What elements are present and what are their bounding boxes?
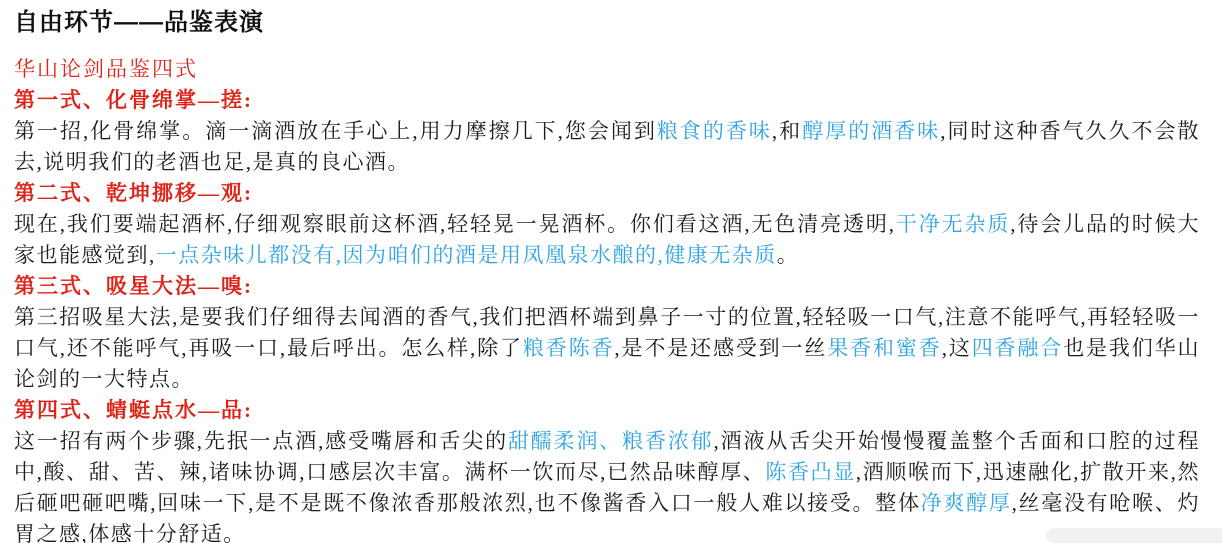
highlighted-phrase: 四香融合 xyxy=(972,336,1064,360)
section-heading: 第一式、化骨绵掌—搓: xyxy=(14,85,1200,116)
section: 第一式、化骨绵掌—搓:第一招,化骨绵掌。滴一滴酒放在手心上,用力摩擦几下,您会闻… xyxy=(14,85,1200,178)
text-segment: 现在,我们要端起酒杯,仔细观察眼前这杯酒,轻轻晃一晃酒杯。你们看这酒,无色清亮透… xyxy=(14,212,896,236)
section: 第四式、蜻蜓点水—品:这一招有两个步骤,先抿一点酒,感受嘴唇和舌尖的甜醹柔润、粮… xyxy=(14,395,1200,543)
highlighted-phrase: 醇厚的酒香味 xyxy=(802,119,940,143)
section: 第三式、吸星大法—嗅:第三招吸星大法,是要我们仔细得去闻酒的香气,我们把酒杯端到… xyxy=(14,271,1200,395)
highlighted-phrase: 果香和蜜香 xyxy=(827,336,941,360)
section-paragraph: 第一招,化骨绵掌。滴一滴酒放在手心上,用力摩擦几下,您会闻到粮食的香味,和醇厚的… xyxy=(14,116,1200,178)
section-paragraph: 这一招有两个步骤,先抿一点酒,感受嘴唇和舌尖的甜醹柔润、粮香浓郁,酒液从舌尖开始… xyxy=(14,426,1200,543)
document-page: 自由环节——品鉴表演 华山论剑品鉴四式 第一式、化骨绵掌—搓:第一招,化骨绵掌。… xyxy=(0,0,1222,543)
section-paragraph: 现在,我们要端起酒杯,仔细观察眼前这杯酒,轻轻晃一晃酒杯。你们看这酒,无色清亮透… xyxy=(14,209,1200,271)
section-heading: 第三式、吸星大法—嗅: xyxy=(14,271,1200,302)
subtitle: 华山论剑品鉴四式 xyxy=(14,54,1200,85)
text-segment: ,是不是还感受到一丝 xyxy=(614,336,827,360)
highlighted-phrase: 甜醹柔润、粮香浓郁 xyxy=(508,429,714,453)
section: 第二式、乾坤挪移—观:现在,我们要端起酒杯,仔细观察眼前这杯酒,轻轻晃一晃酒杯。… xyxy=(14,178,1200,271)
sections-container: 第一式、化骨绵掌—搓:第一招,化骨绵掌。滴一滴酒放在手心上,用力摩擦几下,您会闻… xyxy=(14,85,1200,543)
text-segment: 。 xyxy=(777,243,800,267)
text-segment: ,这 xyxy=(942,336,972,360)
section-paragraph: 第三招吸星大法,是要我们仔细得去闻酒的香气,我们把酒杯端到鼻子一寸的位置,轻轻吸… xyxy=(14,302,1200,395)
highlighted-phrase: 陈香凸显 xyxy=(765,460,856,484)
bottom-right-smudge xyxy=(1046,528,1222,543)
highlighted-phrase: 粮香陈香 xyxy=(523,336,615,360)
text-segment: 第一招,化骨绵掌。滴一滴酒放在手心上,用力摩擦几下,您会闻到 xyxy=(14,119,657,143)
highlighted-phrase: 净爽醇厚 xyxy=(921,491,1012,515)
section-heading: 第二式、乾坤挪移—观: xyxy=(14,178,1200,209)
text-segment: ,和 xyxy=(772,119,802,143)
highlighted-phrase: 粮食的香味 xyxy=(657,119,772,143)
highlighted-phrase: 干净无杂质 xyxy=(896,212,1011,236)
page-title: 自由环节——品鉴表演 xyxy=(14,8,1200,38)
highlighted-phrase: 一点杂味儿都没有,因为咱们的酒是用凤凰泉水酿的,健康无杂质 xyxy=(156,243,777,267)
text-segment: 这一招有两个步骤,先抿一点酒,感受嘴唇和舌尖的 xyxy=(14,429,508,453)
section-heading: 第四式、蜻蜓点水—品: xyxy=(14,395,1200,426)
